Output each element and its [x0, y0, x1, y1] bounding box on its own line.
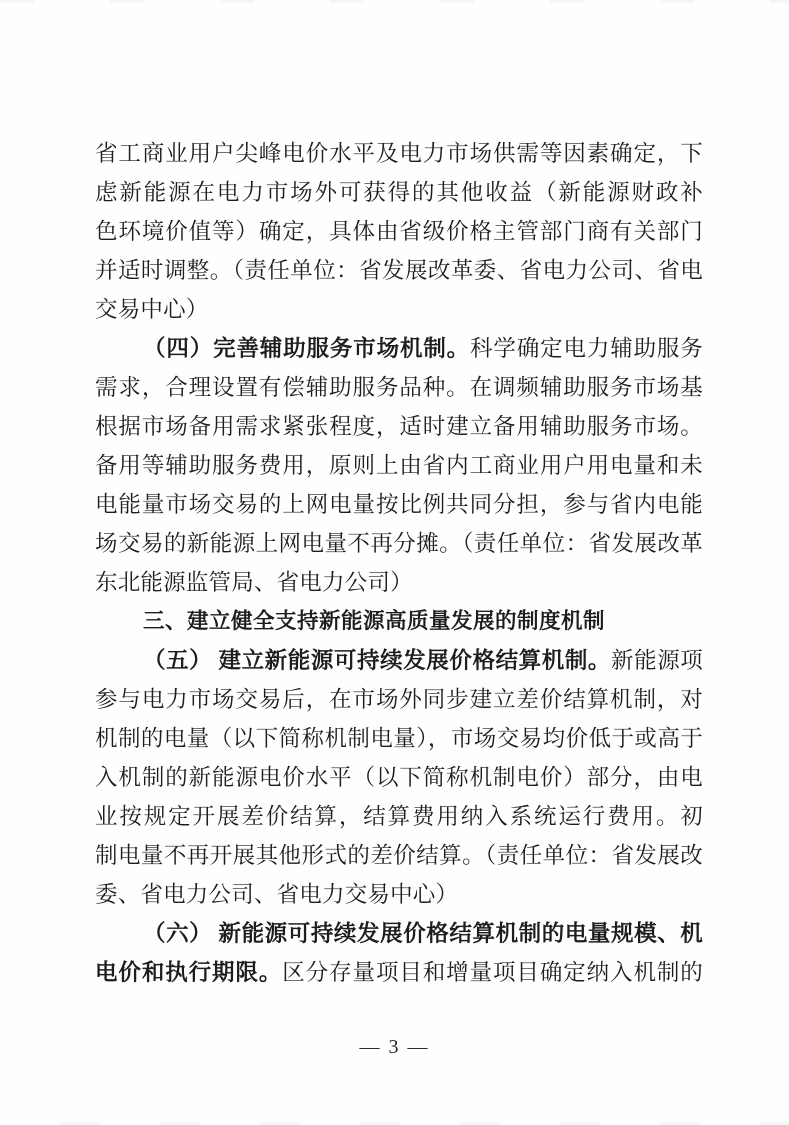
page-number: — 3 —: [0, 1036, 789, 1059]
document-line: 电能量市场交易的上网电量按比例共同分担，参与省内电能量市: [95, 485, 703, 524]
document-line: 东北能源监管局、省电力公司）: [95, 563, 703, 602]
document-line: 交易中心）: [95, 290, 703, 329]
document-line: 业按规定开展差价结算，结算费用纳入系统运行费用。初期，机: [95, 797, 703, 836]
document-line: 场交易的新能源上网电量不再分摊。（责任单位：省发展改革委、: [95, 524, 703, 563]
paragraph-lead-bold: （六） 新能源可持续发展价格结算机制的电量规模、机制: [95, 921, 703, 953]
document-line: 色环境价值等）确定，具体由省级价格主管部门商有关部门制定: [95, 212, 703, 251]
document-line: 省工商业用户尖峰电价水平及电力市场供需等因素确定，下限考: [95, 134, 703, 173]
document-line: 需求，合理设置有偿辅助服务品种。在调频辅助服务市场基础上，: [95, 368, 703, 407]
document-line: 电价和执行期限。区分存量项目和增量项目确定纳入机制的电量: [95, 953, 703, 992]
document-line: 制电量不再开展其他形式的差价结算。（责任单位：省发展改革: [95, 836, 703, 875]
document-line: 委、省电力公司、省电力交易中心）: [95, 875, 703, 914]
document-line: 根据市场备用需求紧张程度，适时建立备用辅助服务市场。调频、: [95, 407, 703, 446]
document-line: 机制的电量（以下简称机制电量），市场交易均价低于或高于纳: [95, 719, 703, 758]
document-line: 并适时调整。（责任单位：省发展改革委、省电力公司、省电力: [95, 251, 703, 290]
paragraph-lead-bold: 电价和执行期限。: [95, 960, 282, 985]
document-line: 参与电力市场交易后，在市场外同步建立差价结算机制，对纳入: [95, 680, 703, 719]
paragraph-lead-bold: （五） 建立新能源可持续发展价格结算机制。: [143, 648, 611, 673]
document-line: （六） 新能源可持续发展价格结算机制的电量规模、机制: [95, 914, 703, 953]
scan-noise-top: [0, 0, 789, 3]
document-line: 备用等辅助服务费用，原则上由省内工商业用户用电量和未参与: [95, 446, 703, 485]
document-line: 入机制的新能源电价水平（以下简称机制电价）部分，由电网企: [95, 758, 703, 797]
section-heading: 三、建立健全支持新能源高质量发展的制度机制: [95, 602, 703, 641]
scanned-document-page: 省工商业用户尖峰电价水平及电力市场供需等因素确定，下限考 虑新能源在电力市场外可…: [0, 0, 789, 1125]
paragraph-lead-bold: （四）完善辅助服务市场机制。: [143, 336, 470, 361]
document-body: 省工商业用户尖峰电价水平及电力市场供需等因素确定，下限考 虑新能源在电力市场外可…: [95, 134, 703, 992]
document-line: 虑新能源在电力市场外可获得的其他收益（新能源财政补贴、绿: [95, 173, 703, 212]
document-line: （四）完善辅助服务市场机制。科学确定电力辅助服务市场: [95, 329, 703, 368]
document-line: （五） 建立新能源可持续发展价格结算机制。新能源项目: [95, 641, 703, 680]
